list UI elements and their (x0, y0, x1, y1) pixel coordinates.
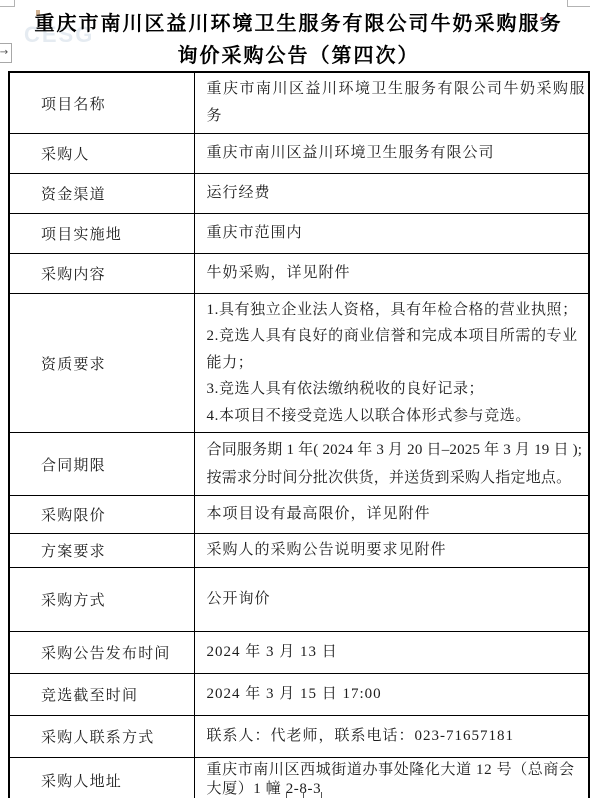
row-value: 采购人的采购公告说明要求见附件 (194, 534, 589, 568)
next-page-table-fragment (286, 792, 322, 798)
row-value: 1.具有独立企业法人资格，具有年检合格的营业执照； 2.竞选人具有良好的商业信誉… (194, 294, 589, 433)
table-row: 竞选截至时间 2024 年 3 月 15 日 17:00 (9, 674, 589, 716)
row-value: 本项目设有最高限价，详见附件 (194, 496, 589, 534)
document-page: → CESG 重庆市南川区益川环境卫生服务有限公司牛奶采购服务 询价采购公告（第… (0, 0, 597, 798)
row-label: 合同期限 (9, 433, 194, 496)
table-row: 采购人联系方式 联系人：代老师，联系电话：023-71657181 (9, 716, 589, 758)
row-value: 重庆市范围内 (194, 214, 589, 254)
row-value: 运行经费 (194, 174, 589, 214)
row-value: 2024 年 3 月 13 日 (194, 632, 589, 674)
row-label: 采购限价 (9, 496, 194, 534)
table-row: 合同期限 合同服务期 1 年( 2024 年 3 月 20 日–2025 年 3… (9, 433, 589, 496)
row-value: 公开询价 (194, 568, 589, 632)
row-label: 采购方式 (9, 568, 194, 632)
table-row: 采购内容 牛奶采购，详见附件 (9, 254, 589, 294)
row-label: 项目名称 (9, 72, 194, 134)
table-row: 项目实施地 重庆市范围内 (9, 214, 589, 254)
table-row: 采购公告发布时间 2024 年 3 月 13 日 (9, 632, 589, 674)
row-label: 资金渠道 (9, 174, 194, 214)
page-title: 重庆市南川区益川环境卫生服务有限公司牛奶采购服务 询价采购公告（第四次） (0, 8, 597, 72)
row-label: 方案要求 (9, 534, 194, 568)
table-row: 采购人 重庆市南川区益川环境卫生服务有限公司 (9, 134, 589, 174)
row-value: 重庆市南川区西城街道办事处隆化大道 12 号（总商会大厦）1 幢 2-8-3 (194, 758, 589, 798)
table-row: 资质要求 1.具有独立企业法人资格，具有年检合格的营业执照； 2.竞选人具有良好… (9, 294, 589, 433)
row-label: 采购内容 (9, 254, 194, 294)
page-title-line1: 重庆市南川区益川环境卫生服务有限公司牛奶采购服务 (0, 8, 597, 40)
row-value: 重庆市南川区益川环境卫生服务有限公司牛奶采购服务 (194, 72, 589, 134)
row-value: 合同服务期 1 年( 2024 年 3 月 20 日–2025 年 3 月 19… (194, 433, 589, 496)
row-label: 采购人 (9, 134, 194, 174)
row-label: 竞选截至时间 (9, 674, 194, 716)
row-label: 采购人地址 (9, 758, 194, 798)
table-row: 资金渠道 运行经费 (9, 174, 589, 214)
row-value: 2024 年 3 月 15 日 17:00 (194, 674, 589, 716)
row-label: 项目实施地 (9, 214, 194, 254)
table-row: 采购方式 公开询价 (9, 568, 589, 632)
page-title-line2: 询价采购公告（第四次） (0, 40, 597, 72)
table-row: 项目名称 重庆市南川区益川环境卫生服务有限公司牛奶采购服务 (9, 72, 589, 134)
row-value: 联系人：代老师，联系电话：023-71657181 (194, 716, 589, 758)
page-corner-mark-right (567, 0, 590, 7)
page-corner-mark-left (0, 0, 15, 7)
row-value: 牛奶采购，详见附件 (194, 254, 589, 294)
row-label: 资质要求 (9, 294, 194, 433)
row-value: 重庆市南川区益川环境卫生服务有限公司 (194, 134, 589, 174)
row-label: 采购公告发布时间 (9, 632, 194, 674)
row-label: 采购人联系方式 (9, 716, 194, 758)
announcement-table: 项目名称 重庆市南川区益川环境卫生服务有限公司牛奶采购服务 采购人 重庆市南川区… (8, 71, 590, 798)
table-row: 方案要求 采购人的采购公告说明要求见附件 (9, 534, 589, 568)
table-row: 采购限价 本项目设有最高限价，详见附件 (9, 496, 589, 534)
